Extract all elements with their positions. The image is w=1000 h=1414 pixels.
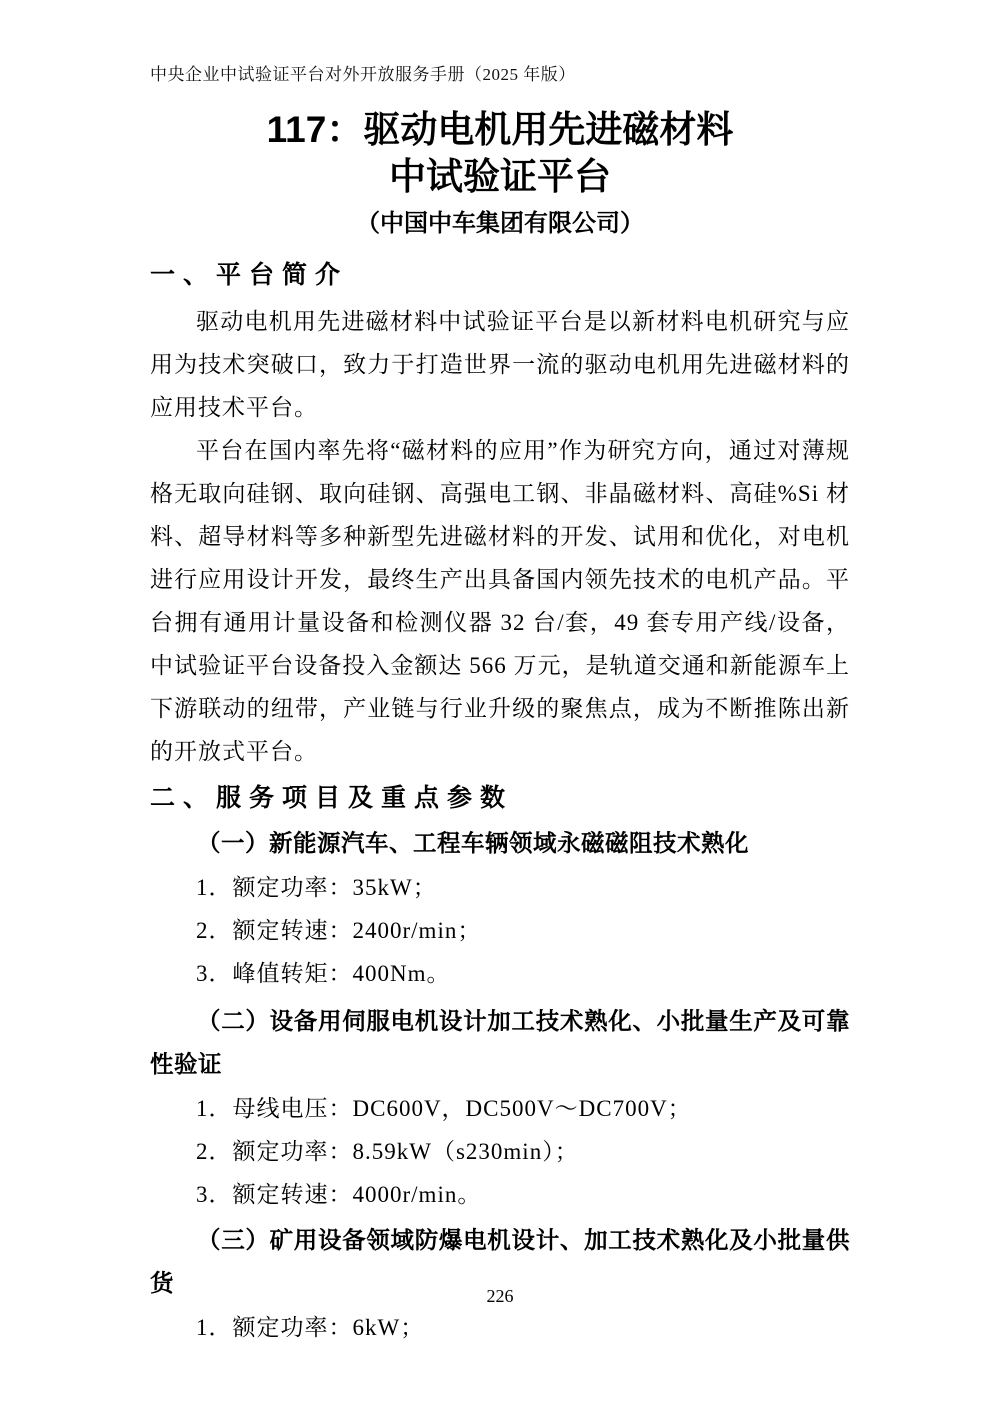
doc-title: 117：驱动电机用先进磁材料 中试验证平台	[150, 106, 850, 200]
subsection-2-item-2: 2．额定功率：8.59kW（s230min）；	[150, 1130, 850, 1173]
section-1-paragraph-1: 驱动电机用先进磁材料中试验证平台是以新材料电机研究与应用为技术突破口，致力于打造…	[150, 300, 850, 429]
subsection-1-item-3: 3．峰值转矩：400Nm。	[150, 952, 850, 995]
doc-title-line1: 117：驱动电机用先进磁材料	[150, 106, 850, 153]
section-1-paragraph-2: 平台在国内率先将“磁材料的应用”作为研究方向，通过对薄规格无取向硅钢、取向硅钢、…	[150, 429, 850, 773]
section-2-heading: 二、服务项目及重点参数	[150, 781, 850, 817]
subsection-2-item-3: 3．额定转速：4000r/min。	[150, 1173, 850, 1216]
subsection-1-item-1: 1．额定功率：35kW；	[150, 866, 850, 909]
subsection-1-heading: （一）新能源汽车、工程车辆领域永磁磁阻技术熟化	[150, 823, 850, 866]
page-number: 226	[0, 1286, 1000, 1306]
subsection-1-item-2: 2．额定转速：2400r/min；	[150, 909, 850, 952]
document-header: 中央企业中试验证平台对外开放服务手册（2025 年版）	[150, 64, 850, 86]
subsection-2-heading: （二）设备用伺服电机设计加工技术熟化、小批量生产及可靠性验证	[150, 1001, 850, 1087]
subsection-2-item-1: 1．母线电压：DC600V，DC500V～DC700V；	[150, 1087, 850, 1130]
organization-name: （中国中车集团有限公司）	[150, 206, 850, 242]
subsection-3-item-1: 1．额定功率：6kW；	[150, 1306, 850, 1349]
section-1-heading: 一、平台简介	[150, 258, 850, 294]
doc-title-line2: 中试验证平台	[150, 153, 850, 200]
document-page: 中央企业中试验证平台对外开放服务手册（2025 年版） 117：驱动电机用先进磁…	[0, 0, 1000, 1414]
